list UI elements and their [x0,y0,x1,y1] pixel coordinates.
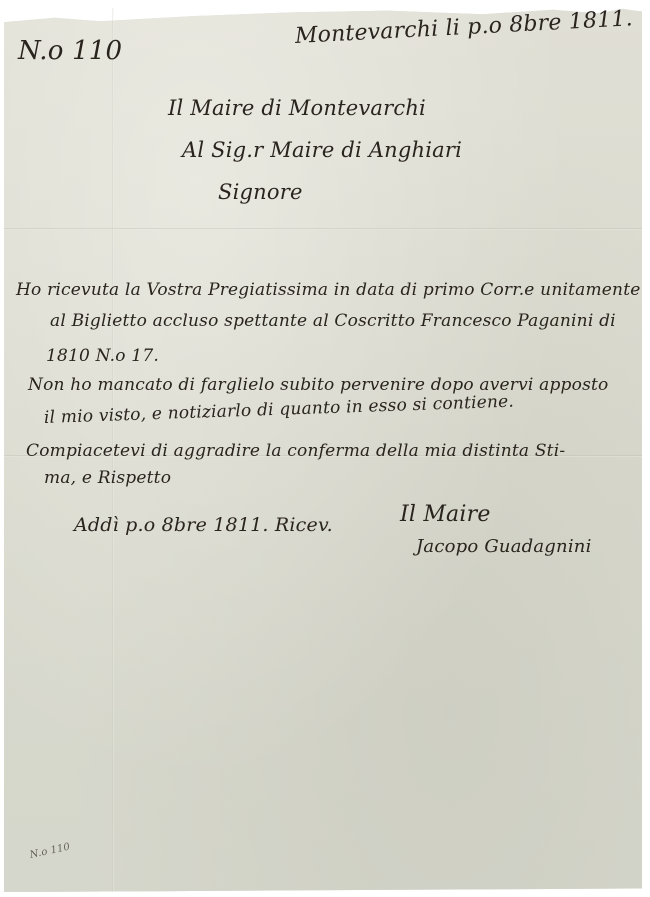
body-line: ma, e Rispetto [44,468,171,488]
body-line: Ho ricevuta la Vostra Pregiatissima in d… [16,280,641,300]
sender-line: Il Maire di Montevarchi [168,96,426,120]
signature-name: Jacopo Guadagnini [416,536,592,557]
recipient-line: Al Sig.r Maire di Anghiari [182,138,462,162]
body-line: Non ho mancato di farglielo subito perve… [28,375,608,395]
body-line: 1810 N.o 17. [46,346,159,366]
signature-title: Il Maire [400,502,491,527]
body-line: al Biglietto accluso spettante al Coscri… [50,311,616,331]
closing-note: Addì p.o 8bre 1811. Ricev. [74,514,333,536]
reference-number: N.o 110 [18,36,122,66]
paper-fold-upper [4,228,642,230]
salutation: Signore [218,180,303,204]
body-line: Compiacetevi di aggradire la conferma de… [26,441,565,461]
